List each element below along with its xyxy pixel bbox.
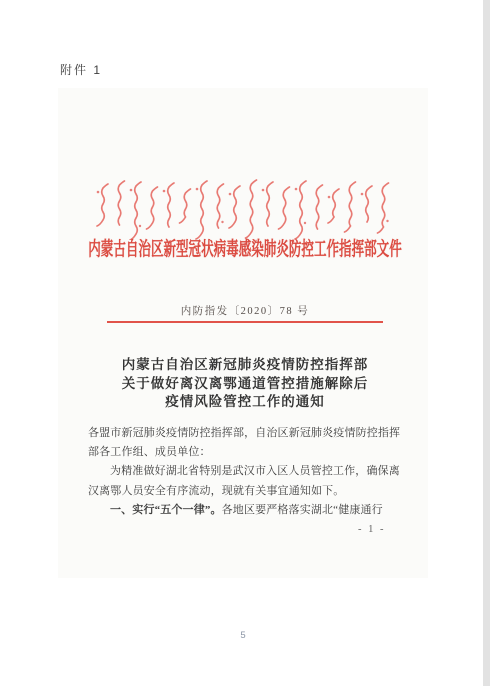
inner-page-number: - 1 - xyxy=(358,524,386,535)
viewer-edge-shadow xyxy=(483,0,490,686)
document-number: 内防指发〔2020〕78 号 xyxy=(0,303,490,318)
body-line: 汉离鄂人员安全有序流动，现就有关事宜通知如下。 xyxy=(88,482,404,501)
document-title-line-3: 疫情风险管控工作的通知 xyxy=(0,393,490,412)
document-title-line-2: 关于做好离汉离鄂通道管控措施解除后 xyxy=(0,375,490,394)
body-line: 部各工作组、成员单位： xyxy=(88,443,404,462)
attachment-label: 附件 1 xyxy=(60,61,102,78)
document-title-line-1: 内蒙古自治区新冠肺炎疫情防控指挥部 xyxy=(0,356,490,375)
red-header-banner-title: 内蒙古自治区新型冠状病毒感染肺炎防控工作指挥部文件 xyxy=(83,234,406,261)
body-line: 一、实行“五个一律”。各地区要严格落实湖北“健康通行 xyxy=(88,501,404,520)
body-line: 为精准做好湖北省特别是武汉市入区人员管控工作，确保离 xyxy=(88,462,404,481)
document-body-text: 各盟市新冠肺炎疫情防控指挥部，自治区新冠肺炎疫情防控指挥部各工作组、成员单位：为… xyxy=(88,424,404,520)
document-viewer: 附件 1 内蒙古自治区新型冠状病毒感染肺炎防控工作指挥部文件 内防指发〔2020… xyxy=(0,0,490,686)
body-line: 各盟市新冠肺炎疫情防控指挥部，自治区新冠肺炎疫情防控指挥 xyxy=(88,424,404,443)
footer-page-number: 5 xyxy=(0,630,486,641)
red-divider-rule xyxy=(107,321,383,323)
document-title: 内蒙古自治区新冠肺炎疫情防控指挥部 关于做好离汉离鄂通道管控措施解除后 疫情风险… xyxy=(0,356,490,412)
